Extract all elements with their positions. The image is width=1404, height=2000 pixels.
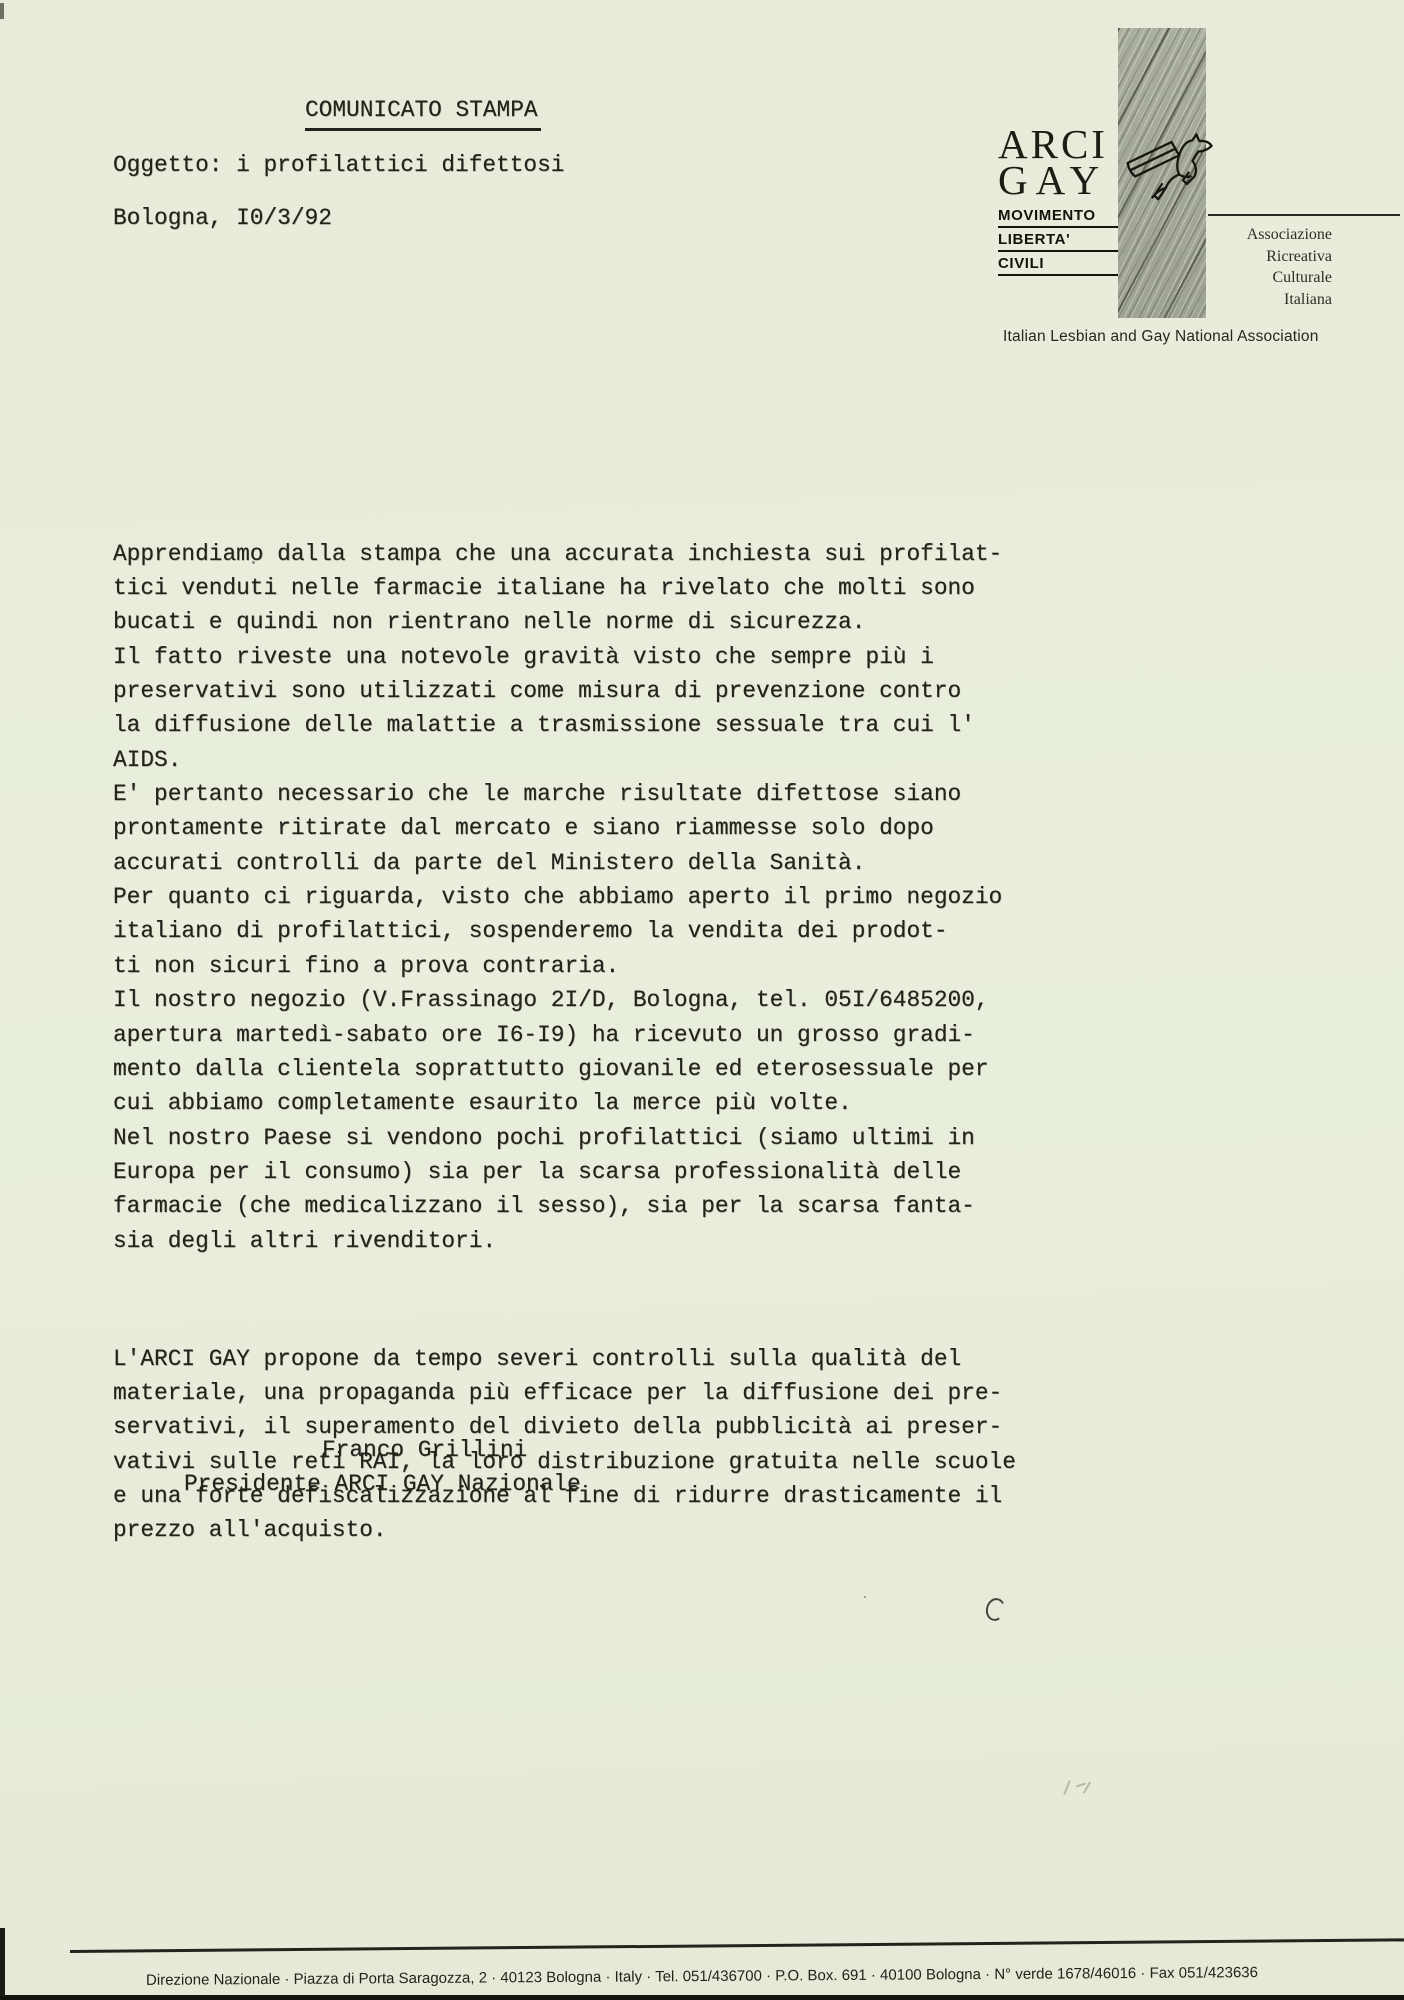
text-line: E' pertanto necessario che le marche ris…: [113, 777, 1016, 811]
text-line: servativi, il superamento del divieto de…: [113, 1410, 1016, 1444]
association-line: Culturale: [1180, 267, 1332, 289]
scan-edge-left: [0, 1928, 5, 2000]
subject-line: Oggetto: i profilattici difettosi: [113, 152, 564, 178]
text-line: Il nostro negozio (V.Frassinago 2I/D, Bo…: [113, 983, 1016, 1017]
text-line: la diffusione delle malattie a trasmissi…: [113, 708, 1016, 742]
text-line: ti non sicuri fino a prova contraria.: [113, 949, 1016, 983]
text-line: farmacie (che medicalizzano il sesso), s…: [113, 1189, 1016, 1223]
signature-name: Franco Grillini: [322, 1437, 527, 1463]
footer-divider-line: [70, 1938, 1404, 1953]
association-line: Italiana: [1180, 289, 1332, 311]
dateline: Bologna, I0/3/92: [113, 205, 332, 231]
pegasus-icon: [1120, 128, 1225, 220]
scan-speck: [864, 1596, 866, 1598]
movement-label: CIVILI: [998, 252, 1118, 276]
text-line: Nel nostro Paese si vendono pochi profil…: [113, 1121, 1016, 1155]
scan-edge-topleft: [0, 3, 4, 19]
text-line: prezzo all'acquisto.: [113, 1513, 1016, 1547]
text-line: accurati controlli da parte del Minister…: [113, 846, 1016, 880]
logo-name-line2: GAY: [998, 162, 1120, 198]
association-line: Ricreativa: [1180, 246, 1332, 268]
text-line: mento dalla clientela soprattutto giovan…: [113, 1052, 1016, 1086]
text-line: preservativi sono utilizzati come misura…: [113, 674, 1016, 708]
signature-role: Presidente ARCI GAY Nazionale: [184, 1471, 581, 1497]
text-line: tici venduti nelle farmacie italiane ha …: [113, 571, 1016, 605]
scan-speck: [252, 561, 255, 564]
text-line: Il fatto riveste una notevole gravità vi…: [113, 640, 1016, 674]
text-line: Apprendiamo dalla stampa che una accurat…: [113, 537, 1016, 571]
movement-label: MOVIMENTO: [998, 204, 1118, 228]
paragraph-2: L'ARCI GAY propone da tempo severi contr…: [113, 1342, 1016, 1548]
divider-line: [1208, 214, 1400, 216]
text-line: sia degli altri rivenditori.: [113, 1224, 1016, 1258]
association-line: Associazione: [1180, 224, 1332, 246]
text-line: italiano di profilattici, sospenderemo l…: [113, 914, 1016, 948]
movement-label: LIBERTA': [998, 228, 1118, 252]
association-label: Associazione Ricreativa Culturale Italia…: [1180, 224, 1332, 310]
text-line: AIDS.: [113, 743, 1016, 777]
logo-movement-labels: MOVIMENTO LIBERTA' CIVILI: [998, 204, 1118, 276]
document-title: COMUNICATO STAMPA: [305, 97, 541, 131]
logo-tagline: Italian Lesbian and Gay National Associa…: [1003, 328, 1319, 346]
text-line: prontamente ritirate dal mercato e siano…: [113, 811, 1016, 845]
text-line: cui abbiamo completamente esaurito la me…: [113, 1086, 1016, 1120]
paragraph-1: Apprendiamo dalla stampa che una accurat…: [113, 537, 1016, 1258]
footer-address: Direzione Nazionale · Piazza di Porta Sa…: [0, 1963, 1404, 1990]
text-line: Europa per il consumo) sia per la scarsa…: [113, 1155, 1016, 1189]
document-page: COMUNICATO STAMPA Oggetto: i profilattic…: [0, 0, 1404, 2000]
text-line: L'ARCI GAY propone da tempo severi contr…: [113, 1342, 1016, 1376]
text-line: bucati e quindi non rientrano nelle norm…: [113, 605, 1016, 639]
text-line: materiale, una propaganda più efficace p…: [113, 1376, 1016, 1410]
letter-body: Apprendiamo dalla stampa che una accurat…: [113, 468, 1016, 1616]
text-line: Per quanto ci riguarda, visto che abbiam…: [113, 880, 1016, 914]
pencil-smudge: [1062, 1778, 1102, 1802]
text-line: apertura martedì-sabato ore I6-I9) ha ri…: [113, 1018, 1016, 1052]
arcigay-logo: ARCI GAY MOVIMENTO LIBERTA' CIVILI: [998, 126, 1120, 276]
scan-edge-bottom: [0, 1995, 1404, 2000]
